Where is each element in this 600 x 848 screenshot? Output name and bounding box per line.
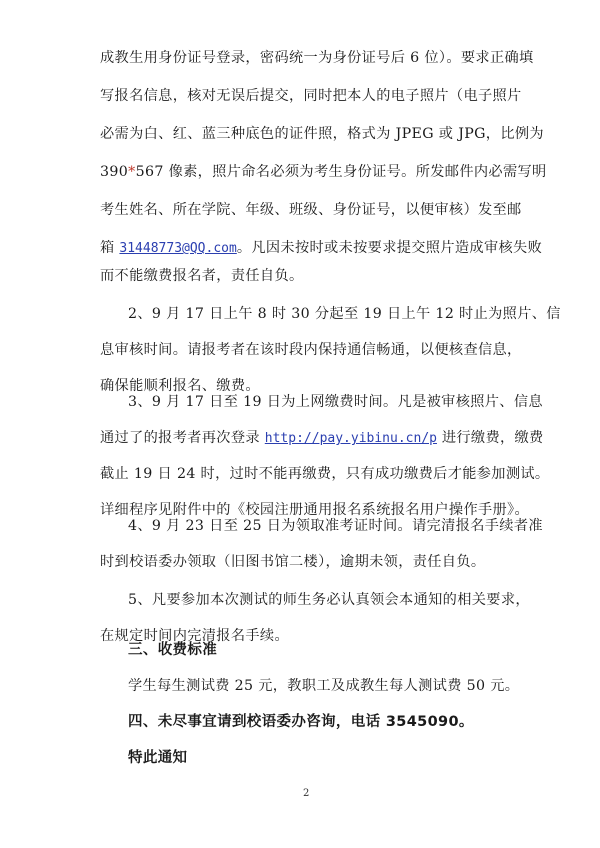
paragraph-line: 而不能缴费报名者，责任自负。 [100, 266, 530, 286]
paragraph-line: 考生姓名、所在学院、年级、班级、身份证号，以便审核）发至邮 [100, 200, 530, 220]
paragraph-line: 箱 31448773@QQ.com。凡因未按时或未按要求提交照片造成审核失败 [100, 238, 530, 259]
paragraph-line: 写报名信息，核对无误后提交，同时把本人的电子照片（电子照片 [100, 86, 530, 106]
item-2-line: 2、9 月 17 日上午 8 时 30 分起至 19 日上午 12 时止为照片、… [128, 304, 530, 324]
paragraph-text: 567 像素，照片命名必须为考生身份证号。所发邮件内必需写明 [136, 164, 547, 180]
closing-line: 特此通知 [128, 748, 530, 768]
paragraph-text: 进行缴费，缴费 [437, 430, 544, 446]
item-3-line-3: 截止 19 日 24 时，过时不能再缴费，只有成功缴费后才能参加测试。 [100, 464, 530, 484]
paragraph-text: 通过了的报考者再次登录 [100, 430, 265, 446]
document-page: 成教生用身份证号登录，密码统一为身份证号后 6 位）。要求正确填 写报名信息，核… [0, 0, 600, 848]
paragraph-line: 必需为白、红、蓝三种底色的证件照，格式为 JPEG 或 JPG，比例为 [100, 124, 530, 144]
paragraph-text: 箱 [100, 240, 119, 256]
section-3-body: 学生每生测试费 25 元，教职工及成教生每人测试费 50 元。 [128, 676, 530, 696]
page-number: 2 [303, 788, 309, 799]
paragraph-line: 390*567 像素，照片命名必须为考生身份证号。所发邮件内必需写明 [100, 162, 530, 182]
section-4-heading: 四、未尽事宜请到校语委办咨询，电话 3545090。 [128, 712, 530, 732]
item-5-line: 5、凡要参加本次测试的师生务必认真领会本通知的相关要求， [128, 590, 530, 610]
item-3-line-2: 通过了的报考者再次登录 http://pay.yibinu.cn/p 进行缴费，… [100, 428, 530, 449]
payment-link[interactable]: http://pay.yibinu.cn/p [265, 431, 437, 446]
item-4-line: 时到校语委办领取（旧图书馆二楼），逾期未领，责任自负。 [100, 552, 530, 572]
item-3-line-1: 3、9 月 17 日至 19 日为上网缴费时间。凡是被审核照片、信息 [128, 392, 530, 412]
multiply-sign: * [128, 164, 135, 180]
email-link[interactable]: 31448773@QQ.com [119, 241, 236, 256]
paragraph-text: 。凡因未按时或未按要求提交照片造成审核失败 [237, 240, 542, 256]
item-2-line: 息审核时间。请报考者在该时段内保持通信畅通，以便核查信息， [100, 340, 530, 360]
dimension-width: 390 [100, 164, 128, 180]
item-4-line: 4、9 月 23 日至 25 日为领取准考证时间。请完清报名手续者准 [128, 516, 530, 536]
paragraph-line: 成教生用身份证号登录，密码统一为身份证号后 6 位）。要求正确填 [100, 48, 530, 68]
section-3-heading: 三、收费标准 [128, 640, 530, 660]
